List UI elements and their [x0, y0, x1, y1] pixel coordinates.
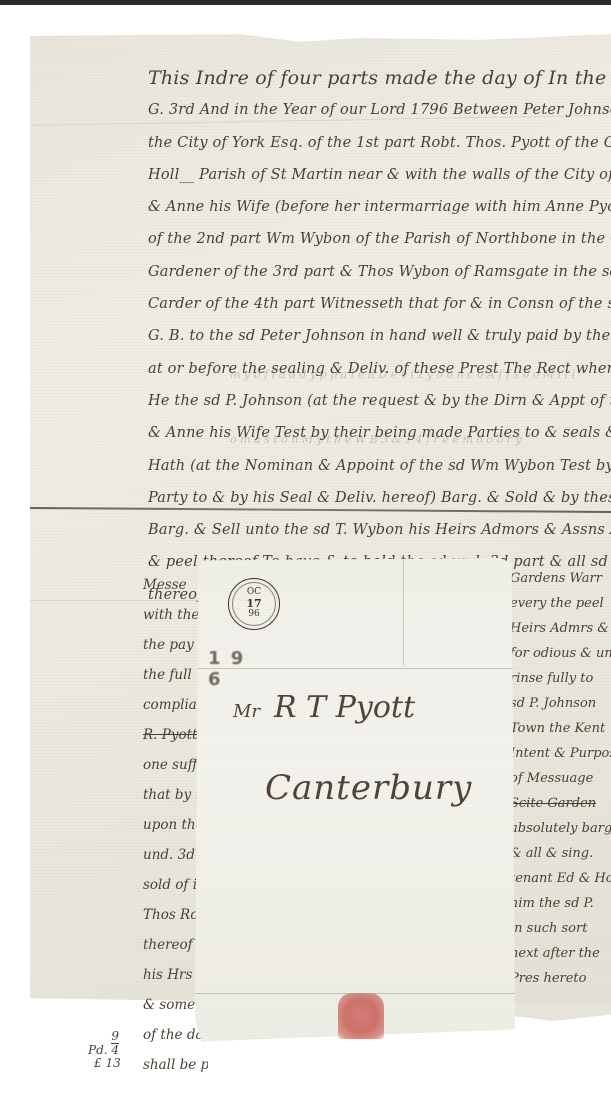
margin-note: Pd. 9 4 £ 13: [88, 1030, 121, 1070]
text-line: This Indre of four parts made the day of…: [148, 62, 611, 94]
text-line: Intent & Purpose: [510, 741, 611, 766]
text-line: Scite Garden: [510, 791, 611, 816]
text-line: Holl__ Parish of St Martin near & with t…: [148, 159, 611, 191]
text-line: & Anne his Wife Test by their being made…: [148, 417, 611, 449]
postal-stamp-mark: 1 9 6: [208, 648, 258, 688]
text-line: Pres hereto: [510, 966, 611, 991]
top-border: [0, 0, 611, 5]
text-line: G. B. to the sd Peter Johnson in hand we…: [148, 320, 611, 352]
text-line: Hath (at the Nominan & Appoint of the sd…: [148, 450, 611, 482]
text-line: Barg. & Sell unto the sd T. Wybon his He…: [148, 514, 611, 546]
indenture-text: This Indre of four parts made the day of…: [148, 62, 611, 611]
text-line: every the peel: [510, 591, 611, 616]
text-line: absolutely barg.: [510, 816, 611, 841]
sheet-corner: [515, 1005, 611, 1021]
text-line: of Messuage: [510, 766, 611, 791]
text-line: & all & sing.: [510, 841, 611, 866]
text-line: shall be pd: [143, 1050, 208, 1080]
postmark-icon: OC 17 96: [228, 578, 280, 630]
text-line: Party to & by his Seal & Deliv. hereof) …: [148, 482, 611, 514]
text-line: next after the: [510, 941, 611, 966]
text-line: for odious & un: [510, 641, 611, 666]
destination-city: Canterbury: [265, 768, 472, 808]
right-text-fragments: Gardens Warr every the peel Heirs Admrs …: [510, 566, 611, 991]
text-line: of the 2nd part Wm Wybon of the Parish o…: [148, 223, 611, 255]
text-line: Gardener of the 3rd part & Thos Wybon of…: [148, 256, 611, 288]
text-line: 2Carder of the 4th part Witnesseth that …: [148, 288, 611, 320]
text-line: 3He the sd P. Johnson (at the request & …: [148, 385, 611, 417]
text-line: G. 3rd And in the Year of our Lord 1796 …: [148, 94, 611, 126]
text-line: Gardens Warr: [510, 566, 611, 591]
margin-note-total: £ 13: [88, 1057, 121, 1070]
margin-note-prefix: Pd.: [88, 1043, 108, 1057]
letter-cover: OC 17 96 1 9 6 MrR T Pyott Canterbury: [195, 558, 515, 1044]
text-line: Heirs Admrs & Asss: [510, 616, 611, 641]
text-line: sd P. Johnson: [510, 691, 611, 716]
text-line: Town the Kent: [510, 716, 611, 741]
text-line: at or before the sealing & Deliv. of the…: [148, 353, 611, 385]
text-line: the City of York Esq. of the 1st part Ro…: [148, 127, 611, 159]
letter-flap-edge: [403, 558, 404, 666]
text-line: in such sort: [510, 916, 611, 941]
margin-note-fraction: 9 4: [111, 1030, 119, 1057]
text-line: him the sd P.: [510, 891, 611, 916]
wax-seal-icon: [338, 993, 384, 1039]
text-line: tenant Ed & Ho: [510, 866, 611, 891]
text-line: rinse fully to: [510, 666, 611, 691]
text-line: & Anne his Wife (before her intermarriag…: [148, 191, 611, 223]
addressee: MrR T Pyott: [233, 690, 415, 725]
